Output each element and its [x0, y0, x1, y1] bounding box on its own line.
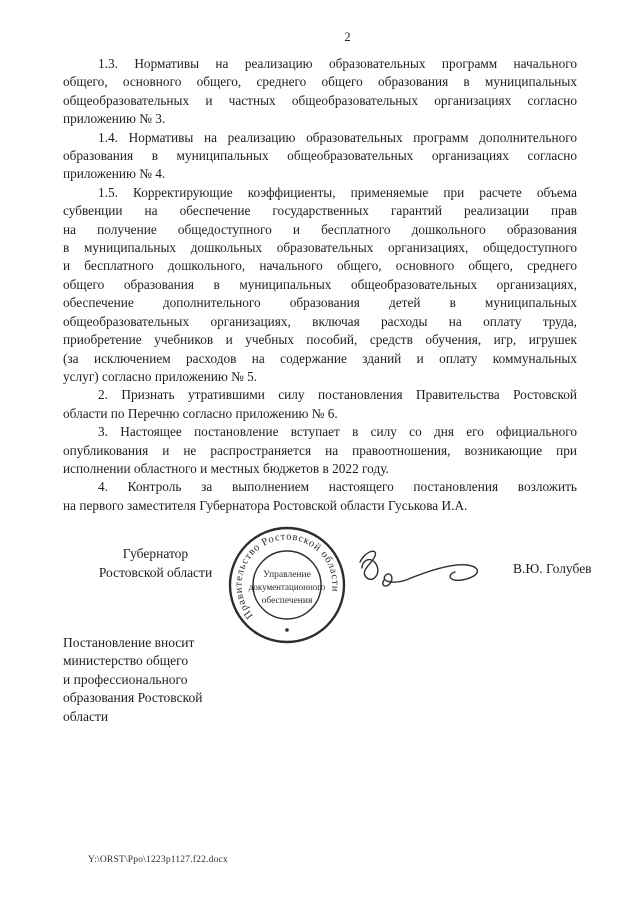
footer-file-path: Y:\ORST\Ppo\1223p1127.f22.docx	[88, 855, 228, 865]
signatory-title-line-2: Ростовской области	[88, 564, 223, 583]
body-line: опубликования и не распространяется на п…	[63, 442, 577, 460]
body-line: (за исключением расходов на содержание з…	[63, 350, 577, 368]
submitter-line: области	[63, 708, 283, 726]
body-line: 3. Настоящее постановление вступает в си…	[63, 423, 577, 441]
submitter-line: министерство общего	[63, 652, 283, 670]
body-line: исполнении областного и местных бюджетов…	[63, 460, 577, 478]
body-line: услуг) согласно приложению № 5.	[63, 368, 577, 386]
stamp-center-line-3: обеспечения	[262, 595, 313, 606]
body-line: 4. Контроль за выполнением настоящего по…	[63, 478, 577, 496]
submitter-line: Постановление вносит	[63, 634, 283, 652]
body-line: образования в муниципальных общеобразова…	[63, 147, 577, 165]
body-line: общеобразовательных и частных общеобразо…	[63, 92, 577, 110]
page-number: 2	[0, 30, 640, 45]
signatory-title-line-1: Губернатор	[88, 545, 223, 564]
signatory-name: В.Ю. Голубев	[513, 561, 592, 577]
body-line: и бесплатного дошкольного, начального об…	[63, 257, 577, 275]
submitter-line: и профессионального	[63, 671, 283, 689]
governor-signature-icon	[352, 546, 492, 596]
body-line: общего образования в муниципальных общео…	[63, 276, 577, 294]
submitter-line: образования Ростовской	[63, 689, 283, 707]
body-line: 1.4. Нормативы на реализацию образовател…	[63, 129, 577, 147]
stamp-center-line-2: документационного	[249, 582, 326, 592]
body-line: области по Перечню согласно приложению №…	[63, 405, 577, 423]
stamp-center-line-1: Управление	[263, 570, 311, 580]
body-line: приложению № 4.	[63, 165, 577, 183]
body-line: приобретение учебников и учебных пособий…	[63, 331, 577, 349]
document-page: 2 1.3. Нормативы на реализацию образоват…	[0, 0, 640, 905]
submitter-block: Постановление вноситминистерство общегои…	[63, 634, 283, 726]
body-line: на получение общедоступного и бесплатног…	[63, 221, 577, 239]
body-line: субвенции на обеспечение государственных…	[63, 202, 577, 220]
signatory-title: Губернатор Ростовской области	[88, 545, 223, 582]
body-line: в муниципальных дошкольных образовательн…	[63, 239, 577, 257]
body-line: общего, основного общего, среднего общег…	[63, 73, 577, 91]
body-line: 1.5. Корректирующие коэффициенты, примен…	[63, 184, 577, 202]
stamp-bottom-dot	[285, 628, 289, 632]
body-line: 1.3. Нормативы на реализацию образовател…	[63, 55, 577, 73]
body-line: общеобразовательных организациях, включа…	[63, 313, 577, 331]
official-stamp-icon: Правительство Ростовской области Управле…	[226, 524, 348, 646]
document-body: 1.3. Нормативы на реализацию образовател…	[63, 55, 577, 515]
body-line: 2. Признать утратившими силу постановлен…	[63, 386, 577, 404]
body-line: обеспечение дополнительного образования …	[63, 294, 577, 312]
body-line: приложению № 3.	[63, 110, 577, 128]
body-line: на первого заместителя Губернатора Росто…	[63, 497, 577, 515]
